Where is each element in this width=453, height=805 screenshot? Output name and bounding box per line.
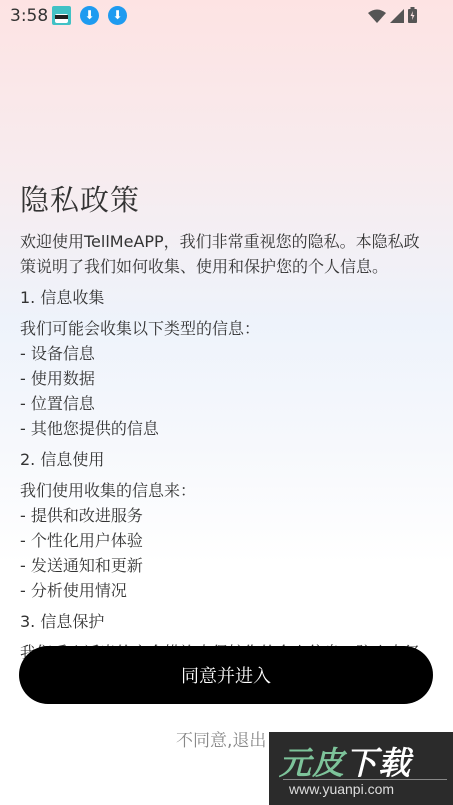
list-item: - 使用数据: [20, 366, 435, 391]
list-item: - 设备信息: [20, 341, 435, 366]
section-heading: 3. 信息保护: [20, 609, 435, 634]
intro-text: 欢迎使用TellMeAPP，我们非常重视您的隐私。本隐私政策说明了我们如何收集、…: [20, 229, 435, 279]
watermark-url: www.yuanpi.com: [289, 781, 394, 797]
list-item: - 分析使用情况: [20, 578, 435, 603]
status-time: 3:58: [10, 6, 48, 26]
battery-charging-icon: [408, 7, 417, 23]
section-lead: 我们使用收集的信息来：: [20, 478, 435, 503]
privacy-policy-content[interactable]: 隐私政策 欢迎使用TellMeAPP，我们非常重视您的隐私。本隐私政策说明了我们…: [20, 178, 435, 665]
watermark-title-green: 元皮: [279, 744, 345, 782]
list-item: - 个性化用户体验: [20, 528, 435, 553]
cellular-signal-icon: [390, 9, 404, 23]
list-item: - 提供和改进服务: [20, 503, 435, 528]
watermark-title-white: 下载: [345, 744, 411, 782]
watermark-logo: 元皮下载 www.yuanpi.com: [269, 732, 453, 805]
list-item: - 位置信息: [20, 391, 435, 416]
watermark-divider: [283, 779, 447, 780]
status-bar: 3:58 ⬇ ⬇: [0, 0, 453, 32]
section-lead: 我们可能会收集以下类型的信息：: [20, 316, 435, 341]
download-icon: ⬇: [108, 6, 127, 25]
list-item: - 其他您提供的信息: [20, 416, 435, 441]
agree-and-enter-button[interactable]: 同意并进入: [19, 646, 433, 704]
list-item: - 发送通知和更新: [20, 553, 435, 578]
disagree-exit-link[interactable]: 不同意,退出: [176, 726, 266, 751]
page-title: 隐私政策: [20, 178, 435, 219]
wifi-icon: [368, 9, 386, 23]
section-heading: 2. 信息使用: [20, 447, 435, 472]
download-icon: ⬇: [80, 6, 99, 25]
section-heading: 1. 信息收集: [20, 285, 435, 310]
app-notification-icon: [52, 6, 71, 25]
